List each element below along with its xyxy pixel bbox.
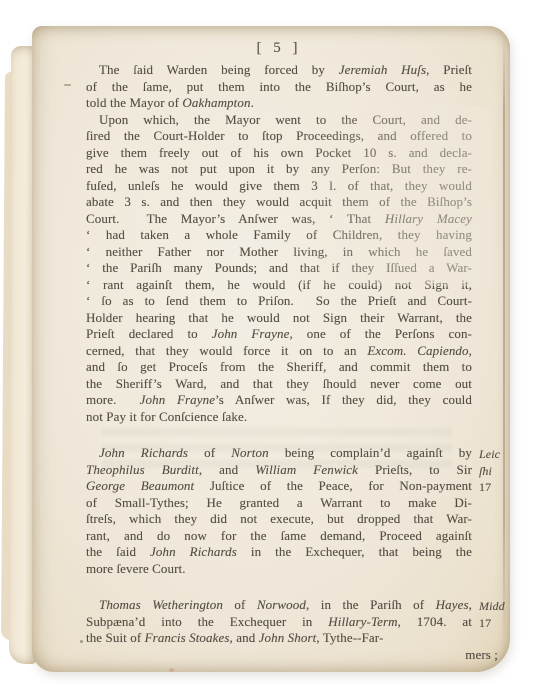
paragraph-john-richards: John Richards of Norton being complain’d… xyxy=(86,445,472,577)
text-line: red he was not put upon it by any Perſon… xyxy=(86,161,472,178)
text-line: The ſaid Warden being forced by Jeremiah… xyxy=(86,62,472,79)
text-line: Subpæna’d into the Exchequer in Hillary-… xyxy=(86,614,472,631)
text-line: Leic xyxy=(479,446,510,463)
text-line: more ſevere Court. xyxy=(86,561,472,578)
text-line: ſhi xyxy=(479,463,510,480)
text-line: Midd xyxy=(479,598,510,615)
margin-note-leicestershire: Leicſhi17 xyxy=(479,446,510,496)
text-line: told the Mayor of Oakhampton. xyxy=(86,95,472,112)
text-line: John Richards of Norton being complain’d… xyxy=(86,445,472,462)
paragraph-thomas-wetherington: Thomas Wetherington of Norwood, in the P… xyxy=(86,597,472,647)
ink-speck xyxy=(80,640,83,643)
text-line: Theophilus Burditt, and William Fenwick … xyxy=(86,462,472,479)
text-line: 17 xyxy=(479,479,510,496)
text-line: ſtreſs, which they did not execute, but … xyxy=(86,511,472,528)
text-line: abate 3 s. and then they would acquit th… xyxy=(86,194,472,211)
text-line: Court. The Mayor’s Anſwer was, ‘ That Hi… xyxy=(86,211,472,228)
page-number: [ 5 ] xyxy=(86,38,472,58)
text-line: ‘ neither Father nor Mother living, in w… xyxy=(86,244,472,261)
text-line: of the ſame, put them into the Biſhop’s … xyxy=(86,79,472,96)
text-line: the Suit of Francis Stoakes, and John Sh… xyxy=(86,630,472,647)
paragraph-lines: John Richards of Norton being complain’d… xyxy=(86,445,472,577)
text-line: ‘ the Pariſh many Pounds; and that if th… xyxy=(86,260,472,277)
paragraph-mayor-court: Upon which, the Mayor went to the Court,… xyxy=(86,112,472,426)
text-line: Thomas Wetherington of Norwood, in the P… xyxy=(86,597,472,614)
text-line: ſired the Court-Holder to ſtop Proceedin… xyxy=(86,128,472,145)
text-line: ‘ ſo as to ſend them to Priſon. So the P… xyxy=(86,293,472,310)
text-line: more. John Frayne’s Anſwer was, If they … xyxy=(86,392,472,409)
paragraph-lines: Upon which, the Mayor went to the Court,… xyxy=(86,112,472,426)
text-line: Prieſt declared to John Frayne, one of t… xyxy=(86,326,472,343)
paragraph-warden: The ſaid Warden being forced by Jeremiah… xyxy=(86,62,472,112)
catchword: mers ; xyxy=(86,647,498,664)
paragraph-lines: Thomas Wetherington of Norwood, in the P… xyxy=(86,597,472,647)
text-line: the Sheriff’s Ward, and that they ſhould… xyxy=(86,376,472,393)
text-line: cerned, that they would force it on to a… xyxy=(86,343,472,360)
paragraph-lines: The ſaid Warden being forced by Jeremiah… xyxy=(86,62,472,112)
text-line: fuſed, unleſs he would give them 3 l. of… xyxy=(86,178,472,195)
text-line: rant, and do now for the ſame demand, Pr… xyxy=(86,528,472,545)
text-line: 17 xyxy=(479,615,510,632)
text-line: Holder hearing that he would not Sign th… xyxy=(86,310,472,327)
text-line: ‘ had taken a whole Family of Children, … xyxy=(86,227,472,244)
text-line: George Beaumont Juſtice of the Peace, fo… xyxy=(86,478,472,495)
margin-note-middlesex: Midd17 xyxy=(479,598,510,631)
text-line: not Pay it for Conſcience ſake. xyxy=(86,409,472,426)
ink-speck xyxy=(64,84,71,86)
text-line: and ſo get Proceſs from the Sheriff, and… xyxy=(86,359,472,376)
page-right-edge xyxy=(503,36,505,642)
text-line: Upon which, the Mayor went to the Court,… xyxy=(86,112,472,129)
text-line: of Small-Tythes; He granted a Warrant to… xyxy=(86,495,472,512)
book-photograph: [ 5 ] The ſaid Warden being forced by Je… xyxy=(0,0,545,700)
ink-speck xyxy=(169,668,174,672)
text-line: give them freely out of his own Pocket 1… xyxy=(86,145,472,162)
text-line: ‘ rant againſt them, he would (if he cou… xyxy=(86,277,472,294)
book-page: [ 5 ] The ſaid Warden being forced by Je… xyxy=(32,26,510,672)
text-block: [ 5 ] The ſaid Warden being forced by Je… xyxy=(86,38,472,663)
text-line: the ſaid John Richards in the Exchequer,… xyxy=(86,544,472,561)
